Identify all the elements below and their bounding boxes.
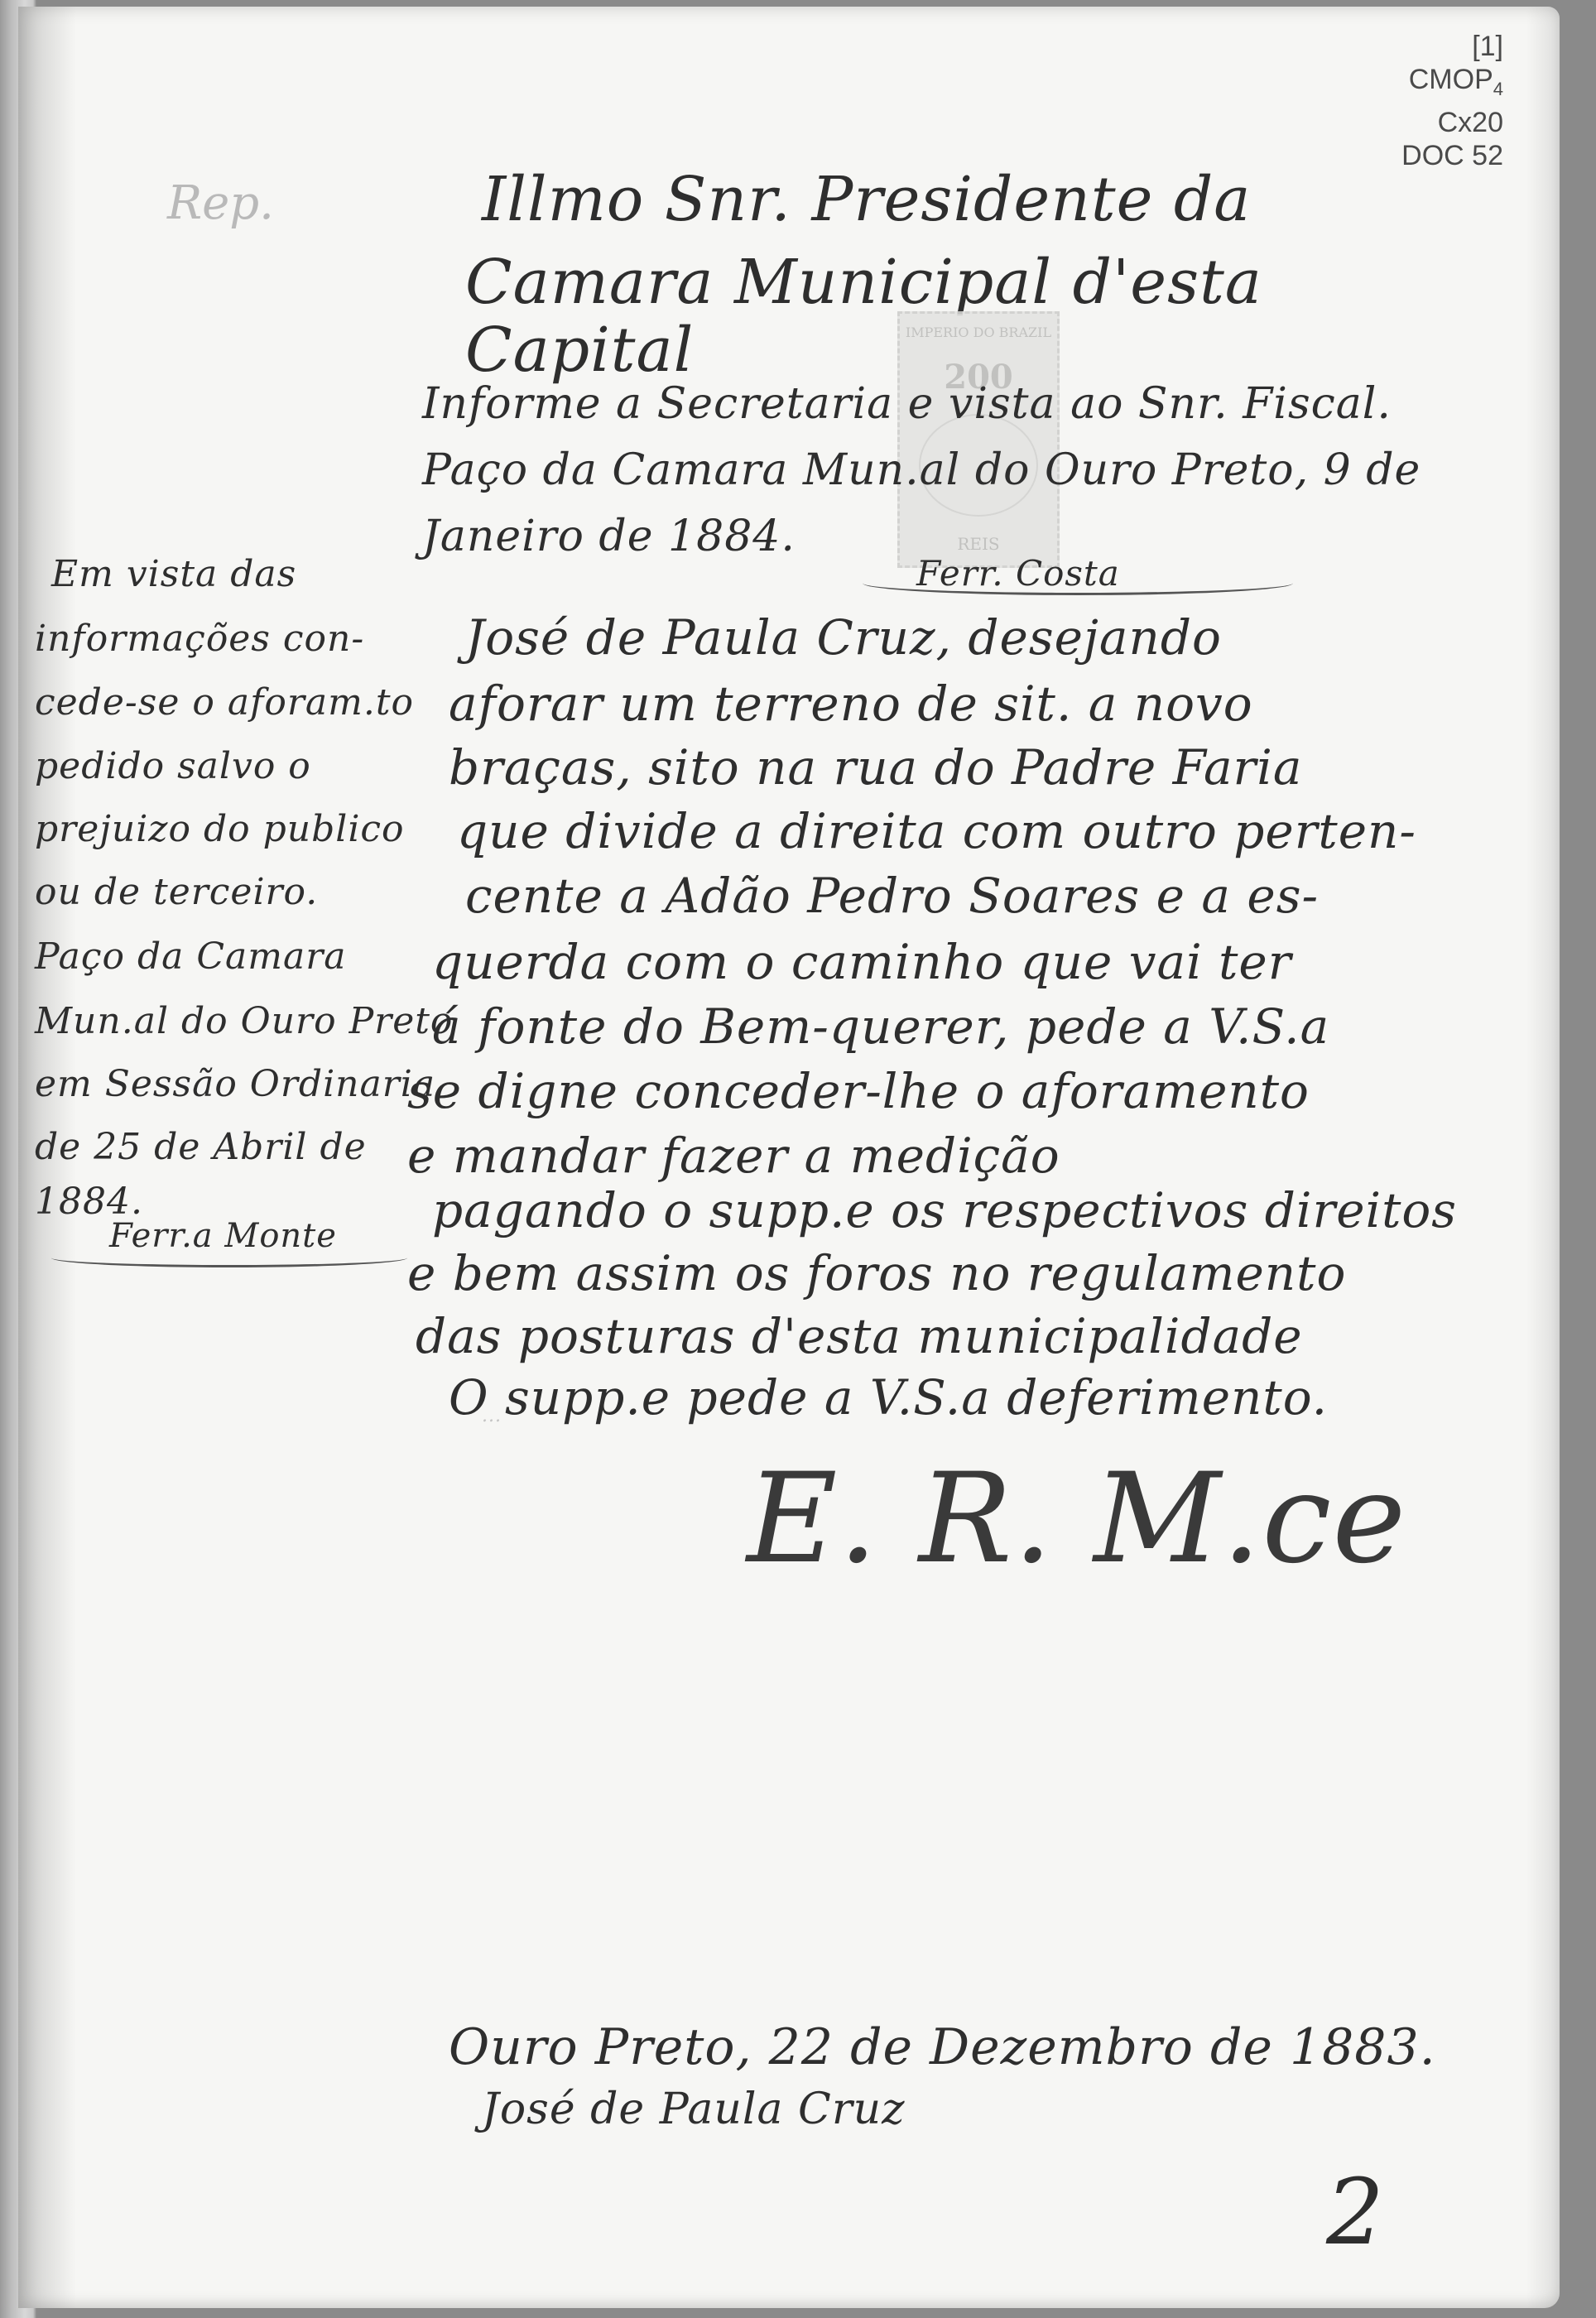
archive-ref-line: Cx20 [1401,106,1503,139]
address-line-2: Camara Municipal d'esta [465,247,1262,318]
decision-line-1: Em vista das [51,553,296,595]
petition-line-13: O supp.e pede a V.S.a deferimento. [449,1369,1328,1426]
archive-ref-line: [1] [1401,30,1503,63]
date-line: Ouro Preto, 22 de Dezembro de 1883. [449,2018,1436,2076]
petition-line-12: das posturas d'esta municipalidade [416,1308,1303,1364]
petition-line-6: querda com o caminho que vai ter [432,934,1291,990]
dispatch-line-1: Informe a Secretaria e vista ao Snr. Fis… [422,379,1392,429]
petition-line-2: aforar um terreno de sit. a novo [449,676,1253,732]
revenue-stamp: IMPERIO DO BRAZIL 200 REIS [897,311,1060,568]
archive-reference: [1] CMOP4 Cx20 DOC 52 [1401,30,1503,172]
petition-line-11: e bem assim os foros no regulamento [407,1245,1346,1301]
archive-ref-line: DOC 52 [1401,139,1503,172]
decision-line-4: pedido salvo o [35,745,311,787]
margin-note: Rep. [167,176,274,230]
petition-line-5: cente a Adão Pedro Soares e a es- [465,868,1319,924]
petitioner-signature: José de Paula Cruz [482,2085,906,2134]
decision-line-10: de 25 de Abril de [35,1126,367,1168]
dispatch-line-2: Paço da Camara Mun.al do Ouro Preto, 9 d… [422,445,1421,495]
petition-line-8: se digne conceder-lhe o aforamento [407,1063,1310,1119]
stamp-footer: REIS [957,534,999,554]
petition-line-9: e mandar fazer a medição [407,1128,1060,1184]
decision-line-9: em Sessão Ordinaria [35,1063,435,1105]
stamp-header: IMPERIO DO BRAZIL [906,325,1051,340]
signature-flourish [863,571,1293,595]
page-number: 2 [1326,2159,1385,2265]
closing-formula: E. R. M.ce [747,1447,1406,1591]
decision-line-3: cede-se o aforam.to [35,681,414,724]
decision-line-7: Paço da Camara [35,935,346,978]
dispatch-line-3: Janeiro de 1884. [422,512,796,561]
address-line-1: Illmo Snr. Presidente da [482,164,1251,235]
decision-signature-flourish [51,1248,407,1267]
decision-line-8: Mun.al do Ouro Preto [35,1000,453,1042]
decision-line-6: ou de terceiro. [35,871,318,913]
decision-line-5: prejuizo do publico [35,808,405,850]
petition-line-7: á fonte do Bem-querer, pede a V.S.a [432,998,1329,1055]
petition-line-1: José de Paula Cruz, desejando [465,609,1222,666]
document-page: [1] CMOP4 Cx20 DOC 52 Rep. Illmo Snr. Pr… [18,7,1560,2308]
address-line-3: Capital [465,315,694,386]
petition-line-3: braças, sito na rua do Padre Faria [449,739,1302,796]
archive-ref-line: CMOP4 [1401,63,1503,106]
faint-pencil-note: ... [482,1406,502,1426]
petition-line-10: pagando o supp.e os respectivos direitos [432,1182,1457,1238]
petition-line-4: que divide a direita com outro perten- [457,803,1416,859]
decision-line-2: informações con- [35,618,364,660]
